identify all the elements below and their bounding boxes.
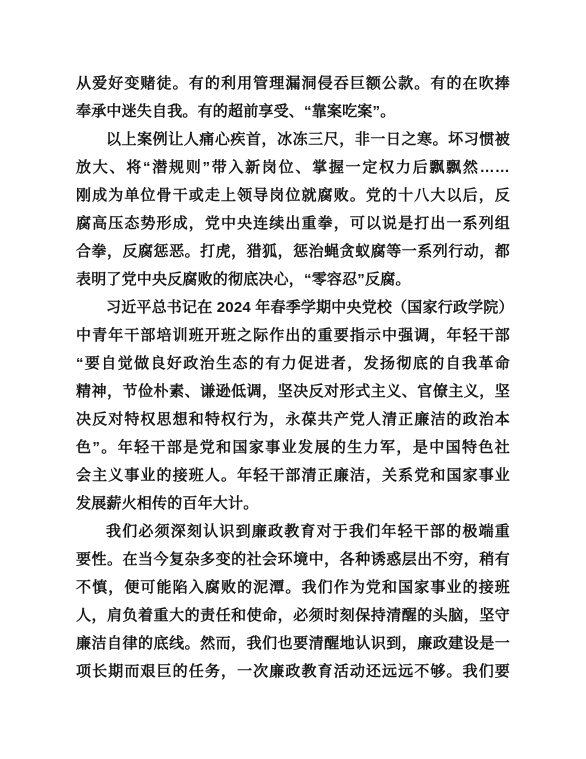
text-line: 放大、将“潜规则”带入新岗位、掌握一定权力后飘飘然…… — [76, 154, 510, 182]
text-line: 从爱好变赌徒。有的利用管理漏洞侵吞巨额公款。有的在吹捧 — [76, 70, 510, 98]
text-line: 不慎，便可能陷入腐败的泥潭。我们作为党和国家事业的接班 — [76, 574, 510, 602]
text-line: “要自觉做良好政治生态的有力促进者，发扬彻底的自我革命 — [76, 350, 510, 378]
document-page: 从爱好变赌徒。有的利用管理漏洞侵吞巨额公款。有的在吹捧奉承中迷失自我。有的超前享… — [0, 0, 586, 759]
text-line: 要性。在当今复杂多变的社会环境中，各种诱惑层出不穷，稍有 — [76, 546, 510, 574]
text-line: 色”。年轻干部是党和国家事业发展的生力军，是中国特色社 — [76, 434, 510, 462]
text-line: 会主义事业的接班人。年轻干部清正廉洁，关系党和国家事业 — [76, 462, 510, 490]
text-line: 我们必须深刻认识到廉政教育对于我们年轻干部的极端重 — [76, 518, 510, 546]
text-line: 人，肩负着重大的责任和使命，必须时刻保持清醒的头脑，坚守 — [76, 602, 510, 630]
text-line: 发展薪火相传的百年大计。 — [76, 490, 510, 518]
paragraph: 习近平总书记在 2024 年春季学期中央党校（国家行政学院）中青年干部培训班开班… — [76, 294, 510, 518]
text-block: 从爱好变赌徒。有的利用管理漏洞侵吞巨额公款。有的在吹捧奉承中迷失自我。有的超前享… — [76, 70, 510, 686]
text-line: 项长期而艰巨的任务，一次廉政教育活动还远远不够。我们要 — [76, 658, 510, 686]
paragraph: 从爱好变赌徒。有的利用管理漏洞侵吞巨额公款。有的在吹捧奉承中迷失自我。有的超前享… — [76, 70, 510, 126]
text-line: 以上案例让人痛心疾首，冰冻三尺，非一日之寒。坏习惯被 — [76, 126, 510, 154]
text-line: 中青年干部培训班开班之际作出的重要指示中强调，年轻干部 — [76, 322, 510, 350]
text-line: 廉洁自律的底线。然而，我们也要清醒地认识到，廉政建设是一 — [76, 630, 510, 658]
paragraph: 以上案例让人痛心疾首，冰冻三尺，非一日之寒。坏习惯被放大、将“潜规则”带入新岗位… — [76, 126, 510, 294]
text-line: 奉承中迷失自我。有的超前享受、“靠案吃案”。 — [76, 98, 510, 126]
text-line: 精神，节俭朴素、谦逊低调，坚决反对形式主义、官僚主义，坚 — [76, 378, 510, 406]
paragraph: 我们必须深刻认识到廉政教育对于我们年轻干部的极端重要性。在当今复杂多变的社会环境… — [76, 518, 510, 686]
text-line: 习近平总书记在 2024 年春季学期中央党校（国家行政学院） — [76, 294, 510, 322]
text-line: 刚成为单位骨干或走上领导岗位就腐败。党的十八大以后，反 — [76, 182, 510, 210]
text-line: 合拳，反腐惩恶。打虎，猎狐，惩治蝇贪蚁腐等一系列行动，都 — [76, 238, 510, 266]
text-line: 决反对特权思想和特权行为，永葆共产党人清正廉洁的政治本 — [76, 406, 510, 434]
text-line: 表明了党中央反腐败的彻底决心，“零容忍”反腐。 — [76, 266, 510, 294]
text-line: 腐高压态势形成，党中央连续出重拳，可以说是打出一系列组 — [76, 210, 510, 238]
